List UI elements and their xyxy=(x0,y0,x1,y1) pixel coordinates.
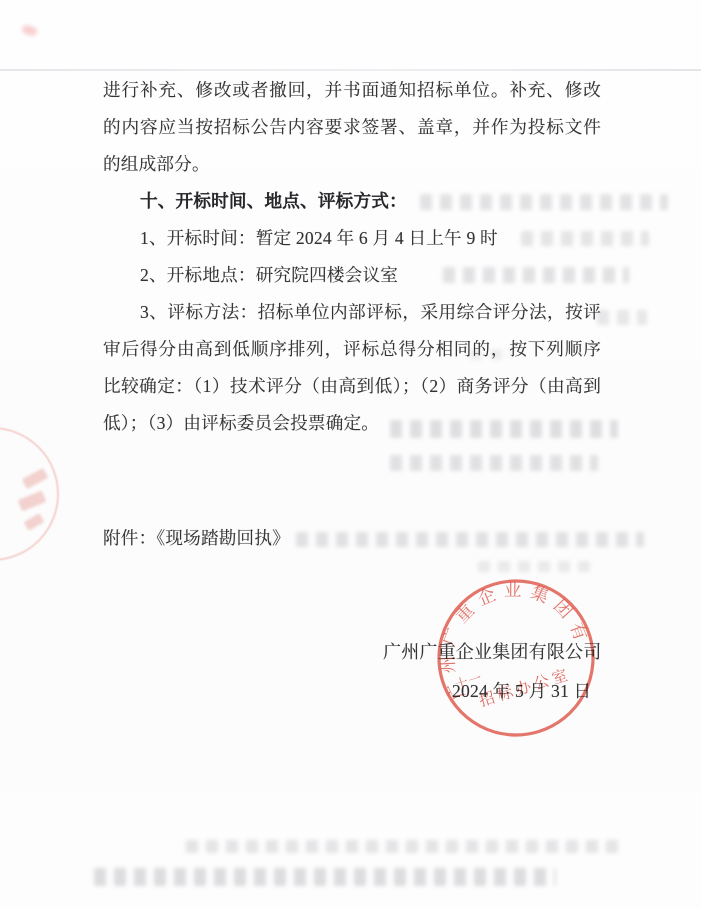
bleed-through-artifact xyxy=(390,420,618,438)
paragraph-continuation: 进行补充、修改或者撤回，并书面通知招标单位。补充、修改的内容应当按招标公告内容要… xyxy=(103,72,601,183)
edge-seal-mark xyxy=(22,468,48,489)
bleed-through-artifact xyxy=(94,868,556,886)
bleed-through-artifact xyxy=(478,561,590,572)
bleed-through-artifact xyxy=(443,267,629,283)
document-body: 进行补充、修改或者撤回，并书面通知招标单位。补充、修改的内容应当按招标公告内容要… xyxy=(103,72,601,442)
bleed-through-artifact xyxy=(390,455,598,471)
bleed-through-artifact xyxy=(470,349,512,360)
edge-seal-mark xyxy=(18,491,47,512)
bleed-through-artifact xyxy=(186,840,622,853)
edge-seal-mark xyxy=(24,513,45,531)
scan-smudge-artifact xyxy=(21,24,38,37)
attachment-line: 附件：《现场踏勘回执》 xyxy=(103,520,290,557)
left-edge-seal-artifact xyxy=(0,427,59,561)
bleed-through-artifact xyxy=(420,194,668,210)
scan-seam-line xyxy=(0,69,701,71)
bleed-through-artifact xyxy=(521,231,649,246)
bleed-through-artifact xyxy=(597,310,647,325)
company-seal-stamp: 广州广重企业集团有限公司 十一 招标办公室 xyxy=(406,548,626,768)
seal-graphic: 广州广重企业集团有限公司 十一 招标办公室 xyxy=(406,548,626,768)
bleed-through-artifact xyxy=(296,532,644,547)
seal-office-text: 招标办公室 xyxy=(477,664,573,710)
scanned-document-page: 进行补充、修改或者撤回，并书面通知招标单位。补充、修改的内容应当按招标公告内容要… xyxy=(0,0,701,909)
